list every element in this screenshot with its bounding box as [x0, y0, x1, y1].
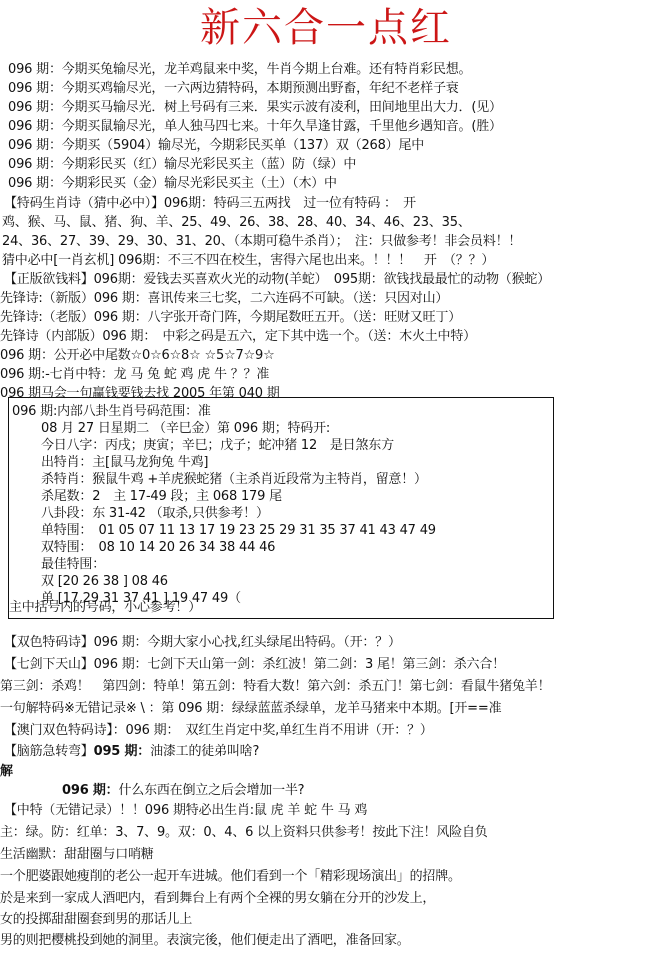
- riddle-question-text: 什么东西在倒立之后会增加一半?: [118, 783, 304, 798]
- riddle-question-period: 096 期：: [62, 783, 118, 798]
- text-line: 第三剑：杀鸡！ 第四剑：特单！第五剑：特看大数！第六剑：杀五门！第七剑：看鼠牛猪…: [0, 678, 550, 696]
- box-line: 双特围： 08 10 14 20 26 34 38 44 46: [41, 539, 275, 557]
- riddle-question-line: 096 期：什么东西在倒立之后会增加一半?: [62, 782, 304, 800]
- text-line: 24、36、27、39、29、30、31、20、（本期可稳牛杀肖）； 注：只做参…: [2, 233, 521, 251]
- page-title: 新六合一点红: [0, 2, 652, 54]
- text-line: 096 期：公开必中尾数☆0☆6☆8☆ ☆5☆7☆9☆: [0, 347, 275, 365]
- text-line: 096 期：今期彩民买（红）输尽光彩民买主（蓝）防（绿）中: [8, 156, 356, 174]
- text-line: 096 期：今期买兔输尽光，龙羊鸡鼠来中奖，牛肖今期上台难。还有特肖彩民想。: [8, 61, 471, 79]
- box-line: 今日八字：丙戌；庚寅；辛巳；戊子；蛇冲猪 12 是日煞东方: [41, 437, 394, 455]
- text-line: 女的投掷甜甜圈套到男的那话儿上: [0, 911, 192, 929]
- text-line: 096 期：今期买鼠输尽光，单人独马四七来。十年久旱逢甘露，千里他乡遇知音。(胜…: [8, 118, 502, 136]
- text-line: 於是来到一家成人酒吧内，看到舞台上有两个全裸的男女躺在分开的沙发上，: [0, 890, 435, 908]
- text-line: 男的则把樱桃投到她的洞里。表演完後，他们便走出了酒吧，准备回家。: [0, 932, 410, 950]
- text-line: 一句解特码※无错记录※ \ ：第 096 期：绿绿蓝蓝杀绿单，龙羊马猪来中本期。…: [0, 700, 501, 718]
- box-line: 单特围： 01 05 07 11 13 17 19 23 25 29 31 35…: [41, 522, 436, 540]
- box-line: 出特肖：主[鼠马龙狗兔 牛鸡]: [41, 454, 208, 472]
- box-line: 八卦段：东 31-42 （取杀,只供参考！）: [41, 505, 269, 523]
- text-line: 先锋诗:（新版）096 期：喜讯传来三七奖，二六连码不可缺。（送：只因对山）: [0, 290, 448, 308]
- text-line: 生活幽默：甜甜圈与口哨糖: [0, 846, 154, 864]
- text-line: 096 期：今期买马输尽光．树上号码有三来．果实示波有凌利，田间地里出大力．(见…: [8, 99, 502, 117]
- riddle-period: 095 期：: [94, 744, 150, 759]
- text-line: 先锋诗（内部版）096 期： 中彩之码是五六，定下其中选一个。（送：木火土中特）: [0, 328, 476, 346]
- text-line: 【七剑下天山】096 期：七剑下天山第一剑：杀红波！第二剑：3 尾！第三剑：杀六…: [4, 656, 505, 674]
- text-line: 【正版欲钱料】096期：爱钱去买喜欢火光的动物(羊蛇） 095期：欲钱找最最忙的…: [4, 271, 550, 289]
- text-line: 猜中必中[一肖玄机] 096期：不三不四在校生，害得六尾也出来。！！！ 开 （？…: [2, 252, 494, 270]
- text-line: 096 期：今期买鸡输尽光，一六两边猜特码，本期预测出野畜，年纪不老样子衰: [8, 80, 459, 98]
- box-footer: 主中括号内的号码，小心参考！）: [9, 599, 201, 617]
- riddle-prefix: 【脑筋急转弯】: [4, 744, 94, 759]
- box-header: 096 期:内部八卦生肖号码范围：准: [12, 403, 211, 421]
- text-line: 【双色特码诗】096 期：今期大家小心找,红头绿尾出特码。（开：？）: [4, 634, 401, 652]
- box-line: 杀尾数：2 主 17-49 段；主 068 179 尾: [41, 488, 282, 506]
- bagua-range-box: 096 期:内部八卦生肖号码范围：准 08 月 27 日星期二 （辛巳金）第 0…: [8, 397, 554, 619]
- text-line: 先锋诗:（老版）096 期：八字张开奇门阵，今期尾数旺五开。（送：旺财又旺丁）: [0, 309, 461, 327]
- box-line: 08 月 27 日星期二 （辛巳金）第 096 期；特码开:: [41, 420, 330, 438]
- text-line: 【澳门双色特码诗】：096 期： 双红生肖定中奖,单红生肖不用讲（开：？）: [4, 722, 433, 740]
- box-line: 杀特肖：猴鼠牛鸡 +羊虎猴蛇猪（主杀肖近段常为主特肖，留意！）: [41, 471, 427, 489]
- text-line: 096 期:-七肖中特：龙 马 兔 蛇 鸡 虎 牛 ？？准: [0, 366, 269, 384]
- text-line: 主：绿。防：红单：3、7、9。双：0、4、6 以上资料只供参考！按此下注！风险自…: [0, 824, 488, 842]
- text-line: 096 期：今期彩民买（金）输尽光彩民买主（土）（木）中: [8, 175, 337, 193]
- riddle-answer-label: 解: [0, 763, 13, 781]
- box-line: 最佳特围：: [41, 556, 105, 574]
- text-line: 鸡、猴、马、鼠、猪、狗、羊、25、49、26、38、28、40、34、46、23…: [2, 214, 471, 232]
- text-line: 096 期：今期买（5904）输尽光，今期彩民买单（137）双（268）尾中: [8, 137, 424, 155]
- box-line: 双 [20 26 38 ] 08 46: [41, 573, 168, 591]
- riddle-line: 【脑筋急转弯】095 期：油漆工的徒弟叫啥?: [4, 743, 259, 761]
- text-line: 【中特（无错记录）！！096 期特必出生肖:鼠 虎 羊 蛇 牛 马 鸡: [4, 802, 367, 820]
- text-line: 一个肥婆跟她瘦削的老公一起开车进城。他们看到一个「精彩现场演出」的招牌。: [0, 868, 461, 886]
- riddle-text: 油漆工的徒弟叫啥?: [150, 744, 259, 759]
- text-line: 【特码生肖诗（猜中必中）】096期：特码三五两找 过一位有特码 ： 开: [4, 195, 416, 213]
